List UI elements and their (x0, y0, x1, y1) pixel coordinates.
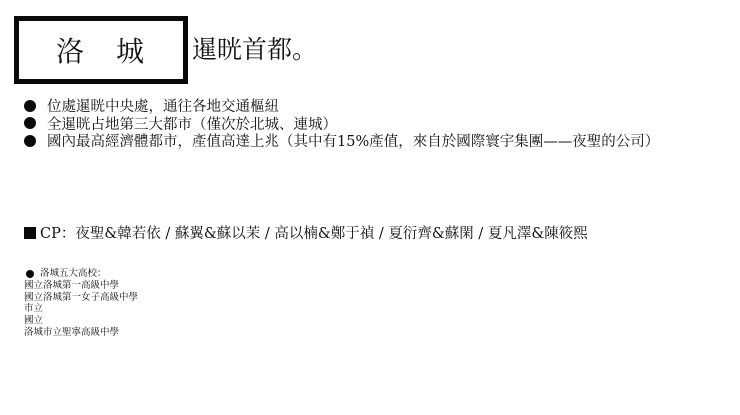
schools-heading-row: 洛城五大高校： (24, 268, 138, 280)
city-subtitle: 暹晄首都。 (192, 30, 317, 66)
school-item: 市立 (24, 303, 138, 315)
school-item: 洛城市立聖寧高級中學 (24, 327, 138, 339)
bullet-icon (24, 117, 36, 129)
cp-line: CP：夜聖&韓若依 / 蘇翼&蘇以茉 / 高以楠&鄭于禎 / 夏衍齊&蘇閑 / … (24, 222, 588, 243)
city-name: 洛 城 (56, 30, 146, 70)
square-icon (24, 227, 36, 239)
school-item: 國立 (24, 315, 138, 327)
city-facts-list: 位處暹晄中央處，通往各地交通樞紐 全暹晄占地第三大都市（僅次於北城、連城） 國內… (24, 97, 659, 150)
schools-section: 洛城五大高校： 國立洛城第一高級中學 國立洛城第一女子高級中學 市立 國立 洛城… (24, 268, 138, 339)
city-title-box: 洛 城 (14, 16, 188, 84)
bullet-icon (24, 100, 36, 112)
school-item: 國立洛城第一女子高級中學 (24, 292, 138, 304)
cp-text: CP：夜聖&韓若依 / 蘇翼&蘇以茉 / 高以楠&鄭于禎 / 夏衍齊&蘇閑 / … (40, 222, 588, 243)
fact-text: 國內最高經濟體都市，產值高達上兆（其中有15%產值，來自於國際寰宇集團——夜聖的… (47, 130, 659, 151)
bullet-icon (26, 270, 34, 278)
school-item: 國立洛城第一高級中學 (24, 280, 138, 292)
bullet-icon (24, 135, 36, 147)
fact-item: 國內最高經濟體都市，產值高達上兆（其中有15%產值，來自於國際寰宇集團——夜聖的… (24, 132, 659, 150)
schools-heading: 洛城五大高校： (40, 268, 107, 280)
